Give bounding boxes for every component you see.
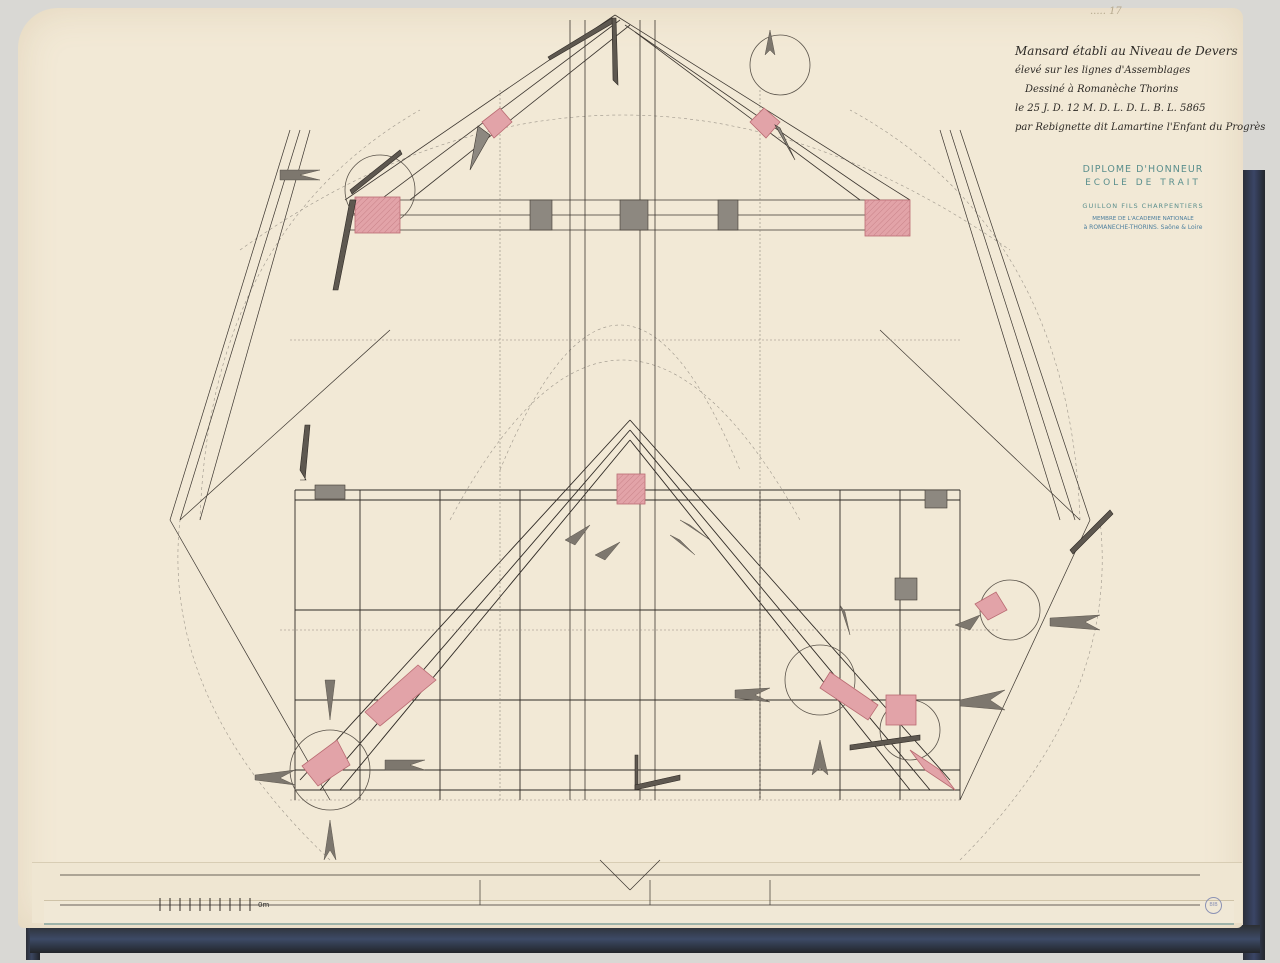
scale-bar [160,898,250,911]
stamp-guild: GUILLON FILS CHARPENTIERS [1058,202,1228,210]
drawing-caption: Mansard établi au Niveau de Devers élevé… [1015,42,1275,137]
arrow-fletchings [255,30,1100,860]
scale-label: 0m [258,901,269,909]
stamp-place: à ROMANECHE-THORINS. Saône & Loire [1058,224,1228,231]
caption-line-3: Dessiné à Romanèche Thorins [1015,80,1275,99]
caption-line-author: par Rebignette dit Lamartine l'Enfant du… [1015,118,1275,137]
caption-line-2: élevé sur les lignes d'Assemblages [1015,61,1275,80]
hexagonal-outline [170,130,1090,800]
caption-line-title: Mansard établi au Niveau de Devers [1015,42,1275,61]
caption-line-date: le 25 J. D. 12 M. D. L. D. L. B. L. 5865 [1015,99,1275,118]
library-stamp-icon: BIB [1205,897,1222,914]
stamp-school: ECOLE DE TRAIT [1058,178,1228,188]
carpentry-drawing [0,0,1280,963]
stamp-banner: DIPLOME D'HONNEUR [1058,164,1228,175]
bottom-elevation-sketch [60,860,1200,905]
stamp-member: MEMBRE DE L'ACADEMIE NATIONALE [1058,216,1228,222]
pink-hatching [355,197,910,504]
scan-scene: ..... 17 [0,0,1280,963]
gray-timber-sections [315,125,947,600]
guild-stamp: DIPLOME D'HONNEUR ECOLE DE TRAIT GUILLON… [1058,158,1228,250]
